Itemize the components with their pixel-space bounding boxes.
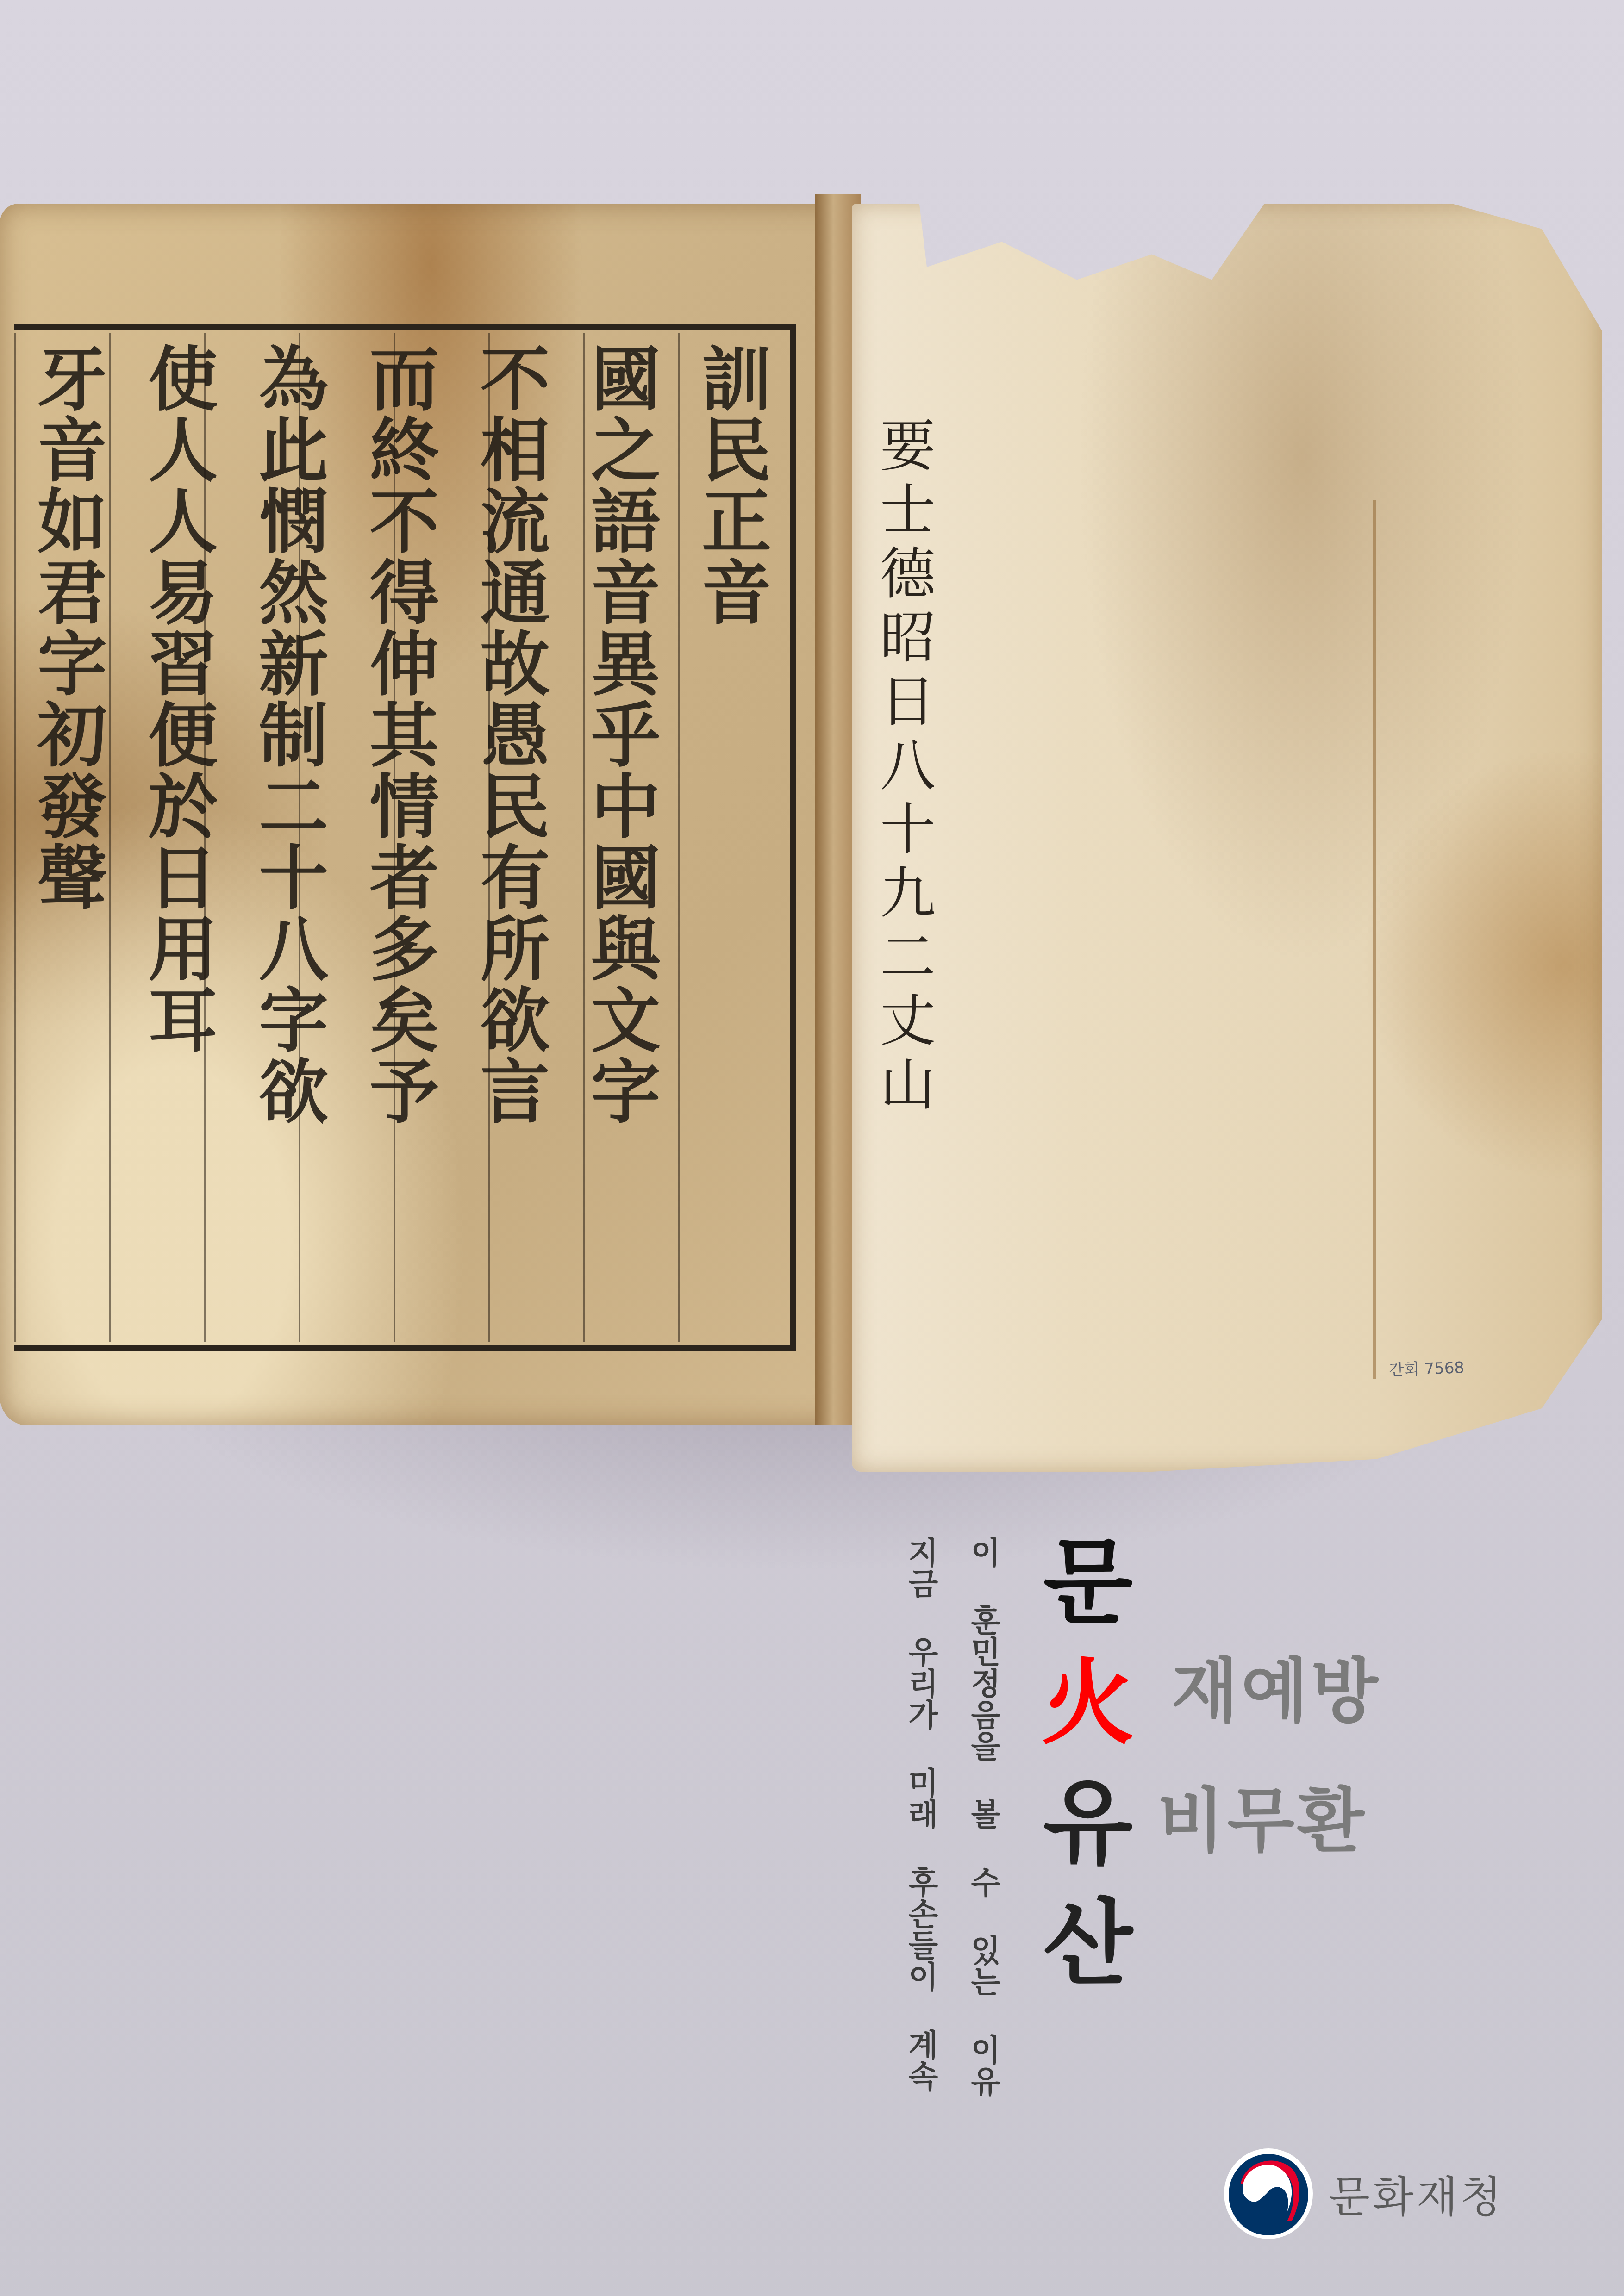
headline-char-yu: 유 bbox=[1043, 1777, 1132, 1898]
hanja-column: 國之語音異乎中國與文字 bbox=[572, 342, 667, 1338]
cha-logo-text: 문화재청 bbox=[1329, 2163, 1505, 2224]
hanja-column: 牙音如君字初發聲 bbox=[19, 342, 113, 1338]
body-text-column-2: 지금 우리가 미래 후손들이 계속 bbox=[905, 1537, 936, 2092]
hunminjeongeum-book-photo: 訓民正音 國之語音異乎中國與文字 不相流通故愚民有所欲言 而終不得伸其情者多矣予… bbox=[0, 176, 1624, 1472]
page-crease bbox=[1373, 500, 1376, 1379]
catalog-number: 간회 7568 bbox=[1388, 1355, 1465, 1380]
handwritten-note: 要士德昭日八十九二丈山 bbox=[866, 417, 940, 1119]
hanja-column: 不相流通故愚民有所欲言 bbox=[462, 342, 556, 1338]
headline-suffix-preparedness: 비무환 bbox=[1157, 1786, 1367, 1856]
hanja-text-block: 訓民正音 國之語音異乎中國與文字 不相流通故愚民有所欲言 而終不得伸其情者多矣予… bbox=[19, 342, 778, 1338]
hanja-column: 而終不得伸其情者多矣予 bbox=[350, 342, 445, 1338]
body-text-column-1: 이 훈민정음을 볼 수 있는 이유 bbox=[968, 1537, 998, 2097]
hanja-column: 訓民正音 bbox=[683, 342, 778, 1338]
book-right-page bbox=[852, 204, 1602, 1472]
headline-char-mun: 문 bbox=[1043, 1537, 1132, 1657]
hanja-column: 為此憫然新制二十八字欲 bbox=[240, 342, 335, 1338]
taegeuk-emblem-icon bbox=[1222, 2147, 1315, 2240]
book-left-page: 訓民正音 國之語音異乎中國與文字 不相流通故愚民有所欲言 而終不得伸其情者多矣予… bbox=[0, 204, 861, 1425]
headline-char-san: 산 bbox=[1043, 1898, 1132, 2018]
cha-logo: 문화재청 bbox=[1222, 2147, 1505, 2240]
poster: 訓民正音 國之語音異乎中國與文字 不相流通故愚民有所欲言 而終不得伸其情者多矣予… bbox=[0, 0, 1624, 2296]
headline: 문 火 유 산 bbox=[1042, 1537, 1134, 2018]
hanja-column: 使人人易習便於日用耳 bbox=[129, 342, 224, 1338]
headline-char-fire: 火 bbox=[1042, 1657, 1134, 1777]
headline-suffix-prevention: 재예방 bbox=[1171, 1657, 1381, 1726]
